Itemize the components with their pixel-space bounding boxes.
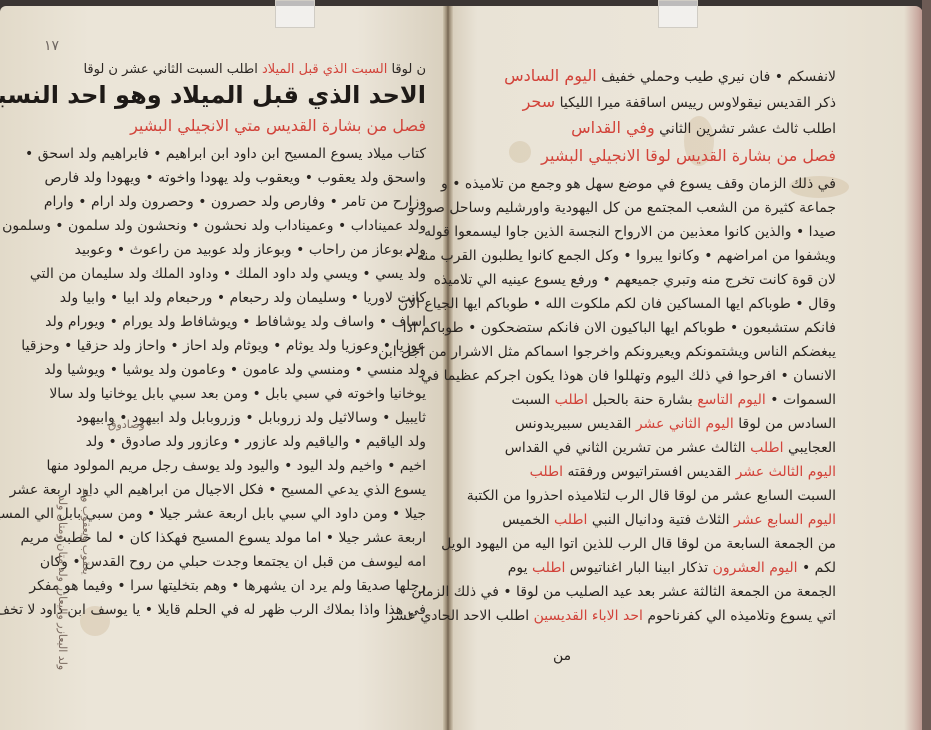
text-line: رجلها صديقا ولم يرد ان يشهرها • وهم بتخل… [29, 576, 426, 596]
rubric-line: فصل من بشارة القديس متي الانجيلي البشير [130, 116, 426, 136]
paper-tab [658, 0, 698, 28]
margin-note: وصادوق [108, 418, 145, 431]
text-line: السادس من لوقا اليوم الثاني عشر القديس س… [515, 414, 836, 434]
text-line: صيدا • والذين كانوا معذبين من الارواح ال… [424, 222, 836, 242]
text-line: ولد الياقيم • والياقيم ولد عازور • وعازو… [86, 432, 426, 452]
text-line: ولد منسي • ومنسي ولد عامون • وعامون ولد … [44, 360, 426, 380]
text-line: من الجمعة السابعة من لوقا قال الرب للذين… [441, 534, 836, 554]
rubric-line: فصل من بشارة القديس لوقا الانجيلي البشير [541, 146, 836, 166]
text-line: كانت لاوريا • وسليمان ولد رحبعام • ورحبع… [60, 288, 426, 308]
text-line: السموات • اليوم التاسع بشارة حنة بالحبل … [512, 390, 837, 410]
text-line: جماعة كثيرة من الشعب المجتمع من كل اليهو… [408, 198, 836, 218]
text-line: اتي يسوع وتلاميذه الي كفرناحوم احد الابا… [387, 606, 836, 626]
text-line: وقال • طوباكم ايها المساكين فان لكم ملكو… [398, 294, 836, 314]
text-line: ويشفوا من امراضهم • وكانوا يبروا • وكل ا… [404, 246, 836, 266]
text-line: فانكم ستشبعون • طوباكم ايها الباكيون الا… [403, 318, 836, 338]
text-line: السبت السابع عشر من لوقا قال الرب لتلامي… [467, 486, 836, 506]
text-line: الجمعة من الجمعة الثالثة عشر بعد عيد الص… [411, 582, 836, 602]
text-line: امه ليوسف من قبل ان يجتمعا وجدت حبلي من … [40, 552, 426, 572]
margin-note: ولد اليعازر واليعازر ولد متان ومتان ولد [56, 450, 69, 670]
text-line: عوزيا • وعوزيا ولد يوثام • ويوثام ولد اح… [21, 336, 426, 356]
text-line: وزارح من تامر • وفارص ولد حصرون • وحصرون… [44, 192, 426, 212]
right-text: لانفسكم • فان نيري طيب وحملي خفيف اليوم … [506, 66, 836, 666]
text-line: يسوع الذي يدعي المسيح • فكل الاجيال من ا… [10, 480, 426, 500]
text-line: كتاب ميلاد يسوع المسيح ابن داود ابن ابرا… [25, 144, 426, 164]
text-line: يوخانيا واخوته في سبي بابل • ومن بعد سبي… [49, 384, 426, 404]
text-line: اساف • واساف ولد يوشافاط • ويوشافاط ولد … [45, 312, 426, 332]
folio-number: ١٧ [44, 38, 59, 54]
text-line: لان قوة كانت تخرج منه وتبري جميعهم • ورف… [434, 270, 836, 290]
heading-line: الاحد الذي قبل الميلاد وهو احد النسبه [0, 80, 426, 110]
text-line: ولد عميناداب • وعميناداب ولد نحشون • ونح… [2, 216, 426, 236]
catchword: من [553, 648, 571, 664]
text-line: ولد بوعاز من راحاب • وبوعاز ولد عوبيد من… [75, 240, 426, 260]
text-line: في ذلك الزمان وقف يسوع في موضع سهل هو وج… [441, 174, 836, 194]
text-line: ن لوقا السبت الذي قبل الميلاد اطلب السبت… [83, 60, 426, 80]
text-line: ولد يسي • ويسي ولد داود الملك • وداود ال… [30, 264, 426, 284]
text-line: العجايبي اطلب الثالث عشر من تشرين الثاني… [505, 438, 836, 458]
book-edge [922, 0, 931, 730]
paper-tab [275, 0, 315, 28]
text-line: اطلب ثالث عشر تشرين الثاني وفي القداس [571, 118, 836, 139]
text-line: اليوم الثالث عشر القديس افستراتيوس ورفقت… [530, 462, 836, 482]
text-line: لانفسكم • فان نيري طيب وحملي خفيف اليوم … [504, 66, 836, 87]
text-line: ذكر القديس نيقولاوس رييس اساقفة ميرا الل… [523, 92, 836, 113]
manuscript-spread: ١٧ ن لوقا السبت الذي قبل الميلاد اطلب ال… [0, 0, 931, 730]
margin-note: يعقوب ويعقوب ولد [80, 455, 93, 575]
text-line: لكم • اليوم العشرون تذكار ابينا البار اغ… [508, 558, 836, 578]
text-line: اخيم • واخيم ولد اليود • واليود ولد يوسف… [46, 456, 426, 476]
text-line: واسحق ولد يعقوب • ويعقوب ولد يهودا واخوت… [45, 168, 427, 188]
text-line: الانسان • افرحوا في ذلك اليوم وتهللوا فا… [421, 366, 836, 386]
text-line: اليوم السابع عشر الثلاث فتية ودانيال الن… [502, 510, 836, 530]
text-line: يبغضكم الناس ويشتمونكم ويعيرونكم واخرجوا… [378, 342, 836, 362]
